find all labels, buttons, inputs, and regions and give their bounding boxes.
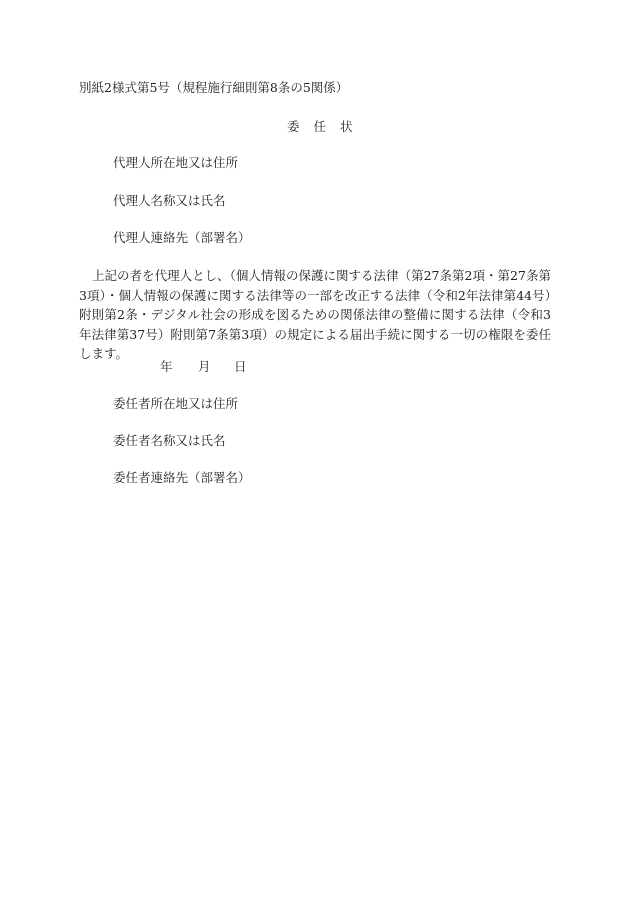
form-number: 別紙2様式第5号（規程施行細則第8条の5関係） [79, 80, 348, 96]
principal-name-field: 委任者名称又は氏名 [113, 433, 226, 449]
date-line: 年月日 [160, 359, 247, 375]
title-char: 状 [340, 119, 353, 135]
date-year: 年 [160, 359, 198, 375]
delegation-statement: 上記の者を代理人とし、（個人情報の保護に関する法律（第27条第2項・第27条第3… [79, 266, 551, 364]
title-char: 委 [287, 119, 300, 135]
agent-contact-field: 代理人連絡先（部署名） [113, 230, 251, 246]
agent-name-field: 代理人名称又は氏名 [113, 193, 226, 209]
title-char: 任 [314, 119, 327, 135]
principal-address-field: 委任者所在地又は住所 [113, 396, 238, 412]
document-title: 委任状 [287, 119, 367, 135]
date-month: 月 [198, 359, 234, 375]
date-day: 日 [234, 359, 247, 375]
principal-contact-field: 委任者連絡先（部署名） [113, 470, 251, 486]
agent-address-field: 代理人所在地又は住所 [113, 155, 238, 171]
